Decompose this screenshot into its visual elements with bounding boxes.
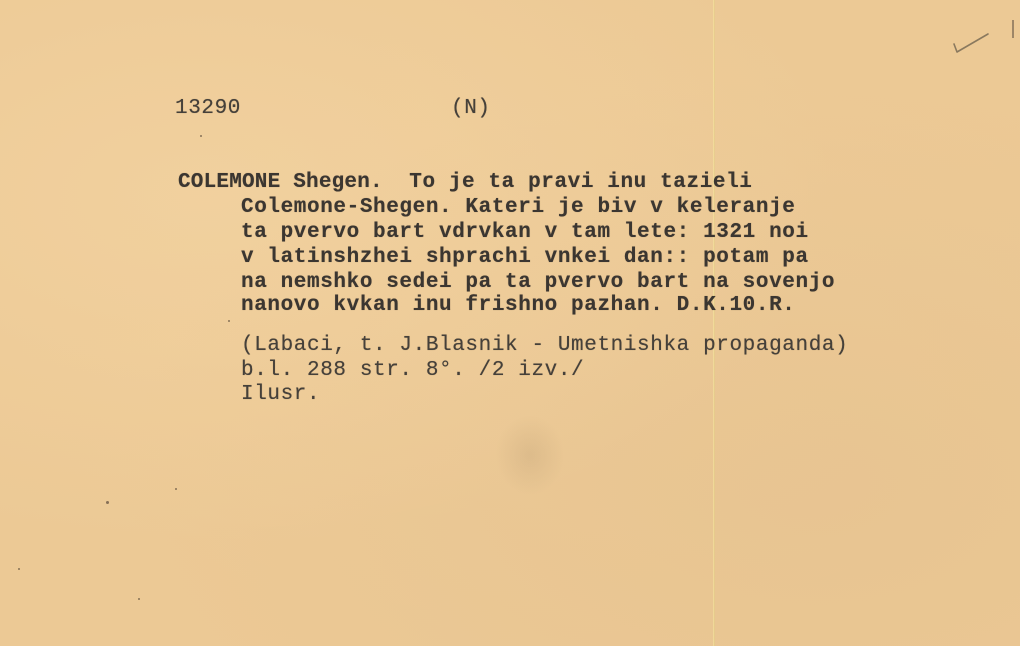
paper-speck [18,568,20,570]
category-code: (N) [451,97,491,122]
title-line: Colemone-Shegen. Kateri je biv v keleran… [241,196,796,221]
imprint-publisher: (Labaci, t. J.Blasnik - Umetnishka propa… [241,334,848,359]
title-line: ta pvervo bart vdrvkan v tam lete: 1321 … [241,221,809,246]
stain [495,415,565,495]
paper-speck [200,135,202,137]
paper-speck [138,598,140,600]
paper-speck [106,501,109,504]
paper-speck [175,488,177,490]
title-line: v latinshzhei shprachi vnkei dan:: potam… [241,246,809,271]
check-mark-icon [952,30,992,56]
edge-mark [1012,20,1014,38]
imprint-note: Ilusr. [241,383,320,408]
title-line: nanovo kvkan inu frishno pazhan. D.K.10.… [241,294,796,319]
catalog-card: 13290 (N) COLEMONE Shegen. To je ta prav… [0,0,1020,646]
call-number: 13290 [175,97,241,122]
author-heading: COLEMONE Shegen. [178,171,383,194]
paper-speck [228,320,230,322]
imprint-collation: b.l. 288 str. 8°. /2 izv./ [241,359,584,384]
title-start: To je ta pravi inu tazieli [409,171,752,194]
title-line: na nemshko sedei pa ta pvervo bart na so… [241,271,835,296]
fold-line [713,0,715,646]
entry-heading: COLEMONE Shegen. To je ta pravi inu tazi… [178,171,753,196]
